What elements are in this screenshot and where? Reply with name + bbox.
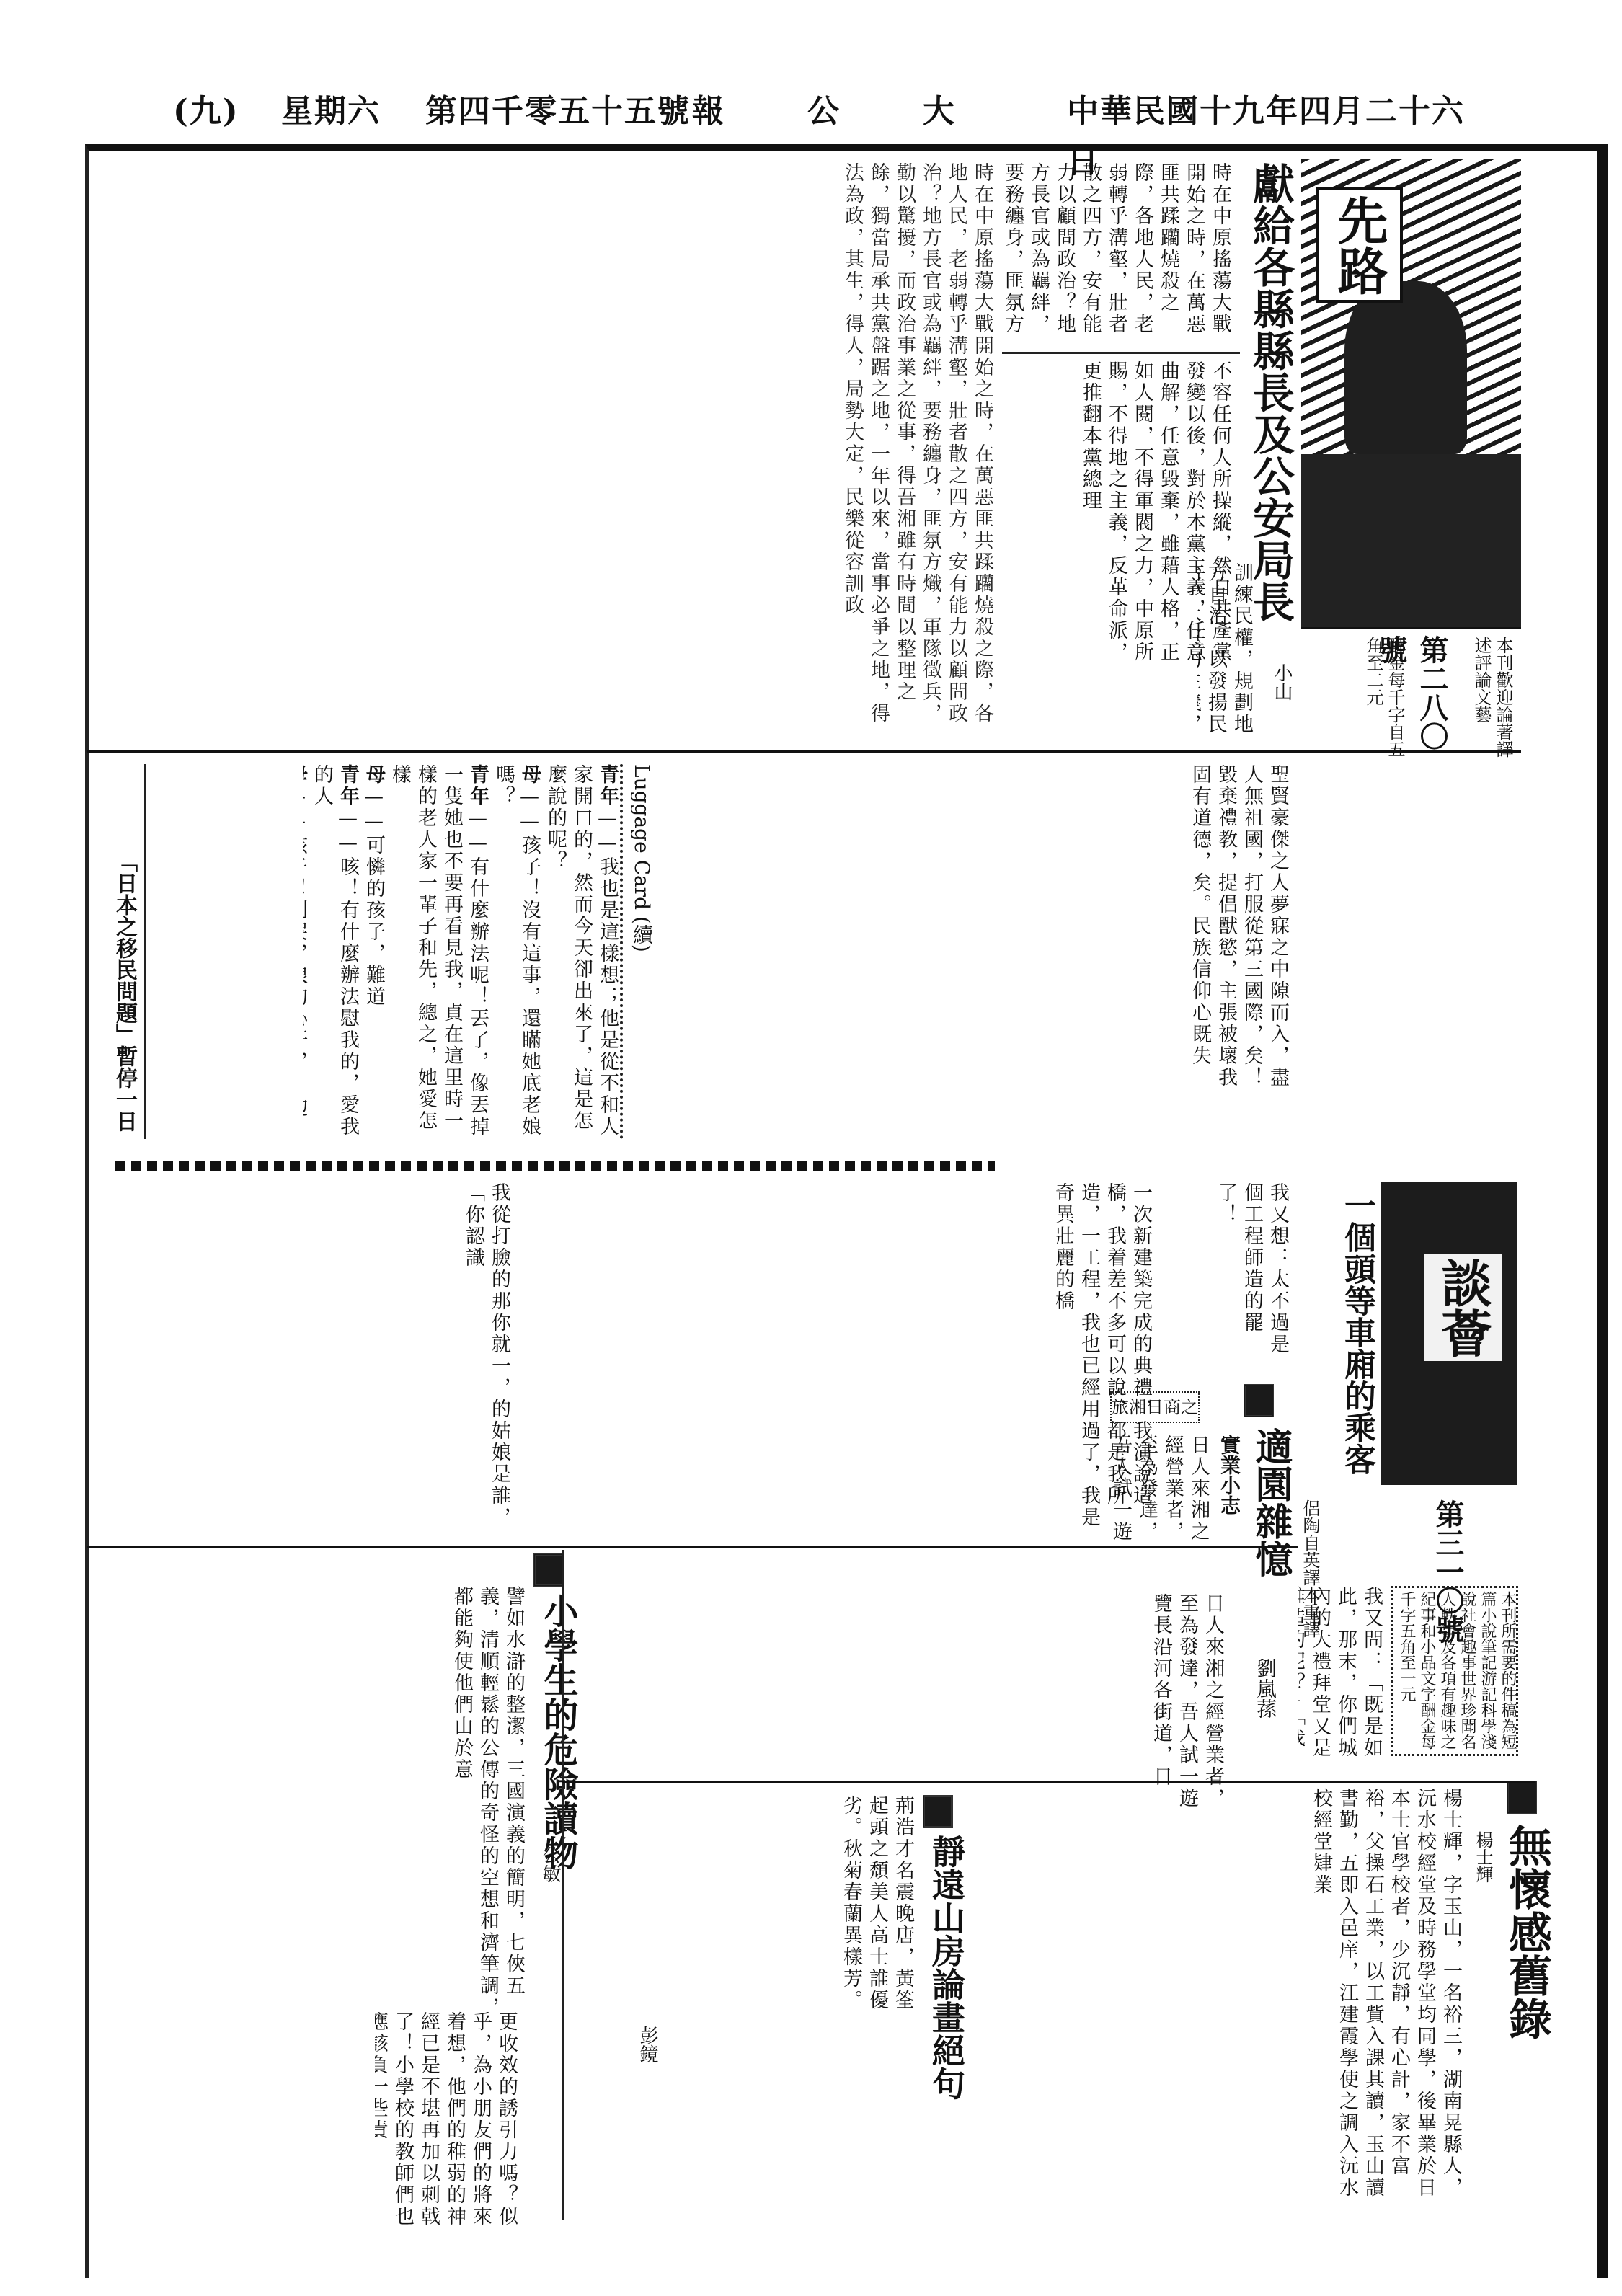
tanhui-illustration: 談薈 <box>1381 1182 1517 1485</box>
jingyuan-body: 荊浩才名震晚唐，黃筌起頭之頹美人高士誰優劣。秋菊春蘭異樣芳。 <box>779 1795 916 2011</box>
shiyuan-headline: 適園雜憶 <box>1244 1427 1298 1577</box>
bridge-article-body: 一次新建築完成的典禮，我演說這橋，我着差不多可以說，都是我所造，一工程，我也已經… <box>519 1182 1153 1528</box>
shiyuan-body: 日人來湘之經營業者，至為發達，吾人試一遊覽長沿河各街道，日 <box>728 1593 1226 1809</box>
play-title: Luggage Card (續) <box>627 764 656 952</box>
xianlu-info-box: 本刊歡迎論著譯述評論文藝 第二八〇號 酬金每千字自五角至二元 <box>1301 627 1521 766</box>
issue-number: 第四千零五十五號 <box>425 87 691 137</box>
section-mark-icon <box>533 1553 564 1587</box>
school-article-body: 譬如水滸的整潔，三國演義的簡明，七俠五義，清順輕鬆的公傳的奇怪的空想和濟筆調，都… <box>332 1586 526 2033</box>
school-article-author: 公敏 <box>537 1845 564 1883</box>
shiyuan-author: 劉嵐蓀 <box>1251 1658 1280 1719</box>
dialogue-line: 青年——有什麼辦法呢！丟了，像丟掉一隻她也不要再看見我，貞在這里時一樣的老人家一… <box>386 764 490 1139</box>
submission-notice: 本刊歡迎論著譯述評論文藝 <box>1471 637 1514 759</box>
tanhui-notice: 本刊所需要的件稿為短篇小說筆記游記科學淺說社會趣事世界珍聞名人軼事及各項有趣味之… <box>1393 1588 1520 1752</box>
dialogue-line: 母——可憐的孩子，難道 <box>360 764 386 1139</box>
dialogue-line: 青年——我也是這樣想；他是從不和人家開口的，然而今天卻出來了，這是怎麼說的呢？ <box>542 764 620 1139</box>
section-divider <box>562 1781 1535 1783</box>
shiyuan-box-title: 旅湘日商之 <box>1110 1391 1200 1423</box>
masthead: (九) 星期六 第四千零五十五號 報 公 大 中華民國十九年四月二十六日 <box>173 87 1471 137</box>
continued-mark: (續) <box>630 916 654 952</box>
jingyuan-author: 彭鏡 <box>634 2026 661 2063</box>
weekday: 星期六 <box>281 87 381 137</box>
section-divider <box>87 750 1521 753</box>
section-mark-icon <box>1244 1384 1274 1417</box>
suspension-notice: 「日本之移民問題」暫停一日 <box>108 851 140 1132</box>
tanhui-notice-box: 本刊所需要的件稿為短篇小說筆記游記科學淺說社會趣事世界珍聞名人軼事及各項有趣味之… <box>1391 1586 1518 1756</box>
school-article-headline: 小學生的危險讀物 <box>533 1593 583 1870</box>
divider <box>144 764 146 1139</box>
page-number: (九) <box>173 87 239 137</box>
lead-article-third: 訓練民權，規劃地方自治，以發揚民治，本黨的主義，黨的政策，無不以為人民謀 <box>1197 562 1254 750</box>
play-dialogue: 青年——我也是這樣想；他是從不和人家開口的，然而今天卻出來了，這是怎麼說的呢？ … <box>303 764 620 1139</box>
wuhuai-headline: 無懷感舊錄 <box>1496 1824 1558 2040</box>
section-mark-icon <box>1507 1781 1537 1814</box>
dialogue-line: 母——孩子！別哭，娘的心肝，(抱着她)你就是睡了，你去睡了罷。 <box>303 764 309 1139</box>
dotted-divider <box>620 764 623 1139</box>
tanhui-title-art: 談薈 <box>1424 1254 1502 1361</box>
passenger-dialogue: 我又問：「既是如此，那末，你們城內的大禮拜堂又是誰造的呢？」「我確實說不出。」 <box>1298 1586 1384 1759</box>
reader-story-body: 我從打臉的那你就一，的姑娘是誰，「你認識 <box>108 1182 512 1543</box>
school-article-closing: 更收效的誘引力嗎？似乎，為小朋友們的將來着想，他們的稚弱的神經已是不堪再加以刺戟… <box>375 2011 519 2228</box>
payment-notice: 酬金每千字自五角至二元 <box>1362 637 1406 759</box>
lead-author: 小山 <box>1269 663 1295 701</box>
section-mark-icon <box>923 1795 953 1828</box>
dialogue-line: 青年——咳！有什麼辦法慰我的，愛我的人 <box>309 764 360 1139</box>
damaged-area <box>793 901 1067 1189</box>
lead-article-opening: 時在中原搖蕩大戰開始之時，在萬惡匪共蹂躪燒殺之際，各地人民，老弱轉乎溝壑，壯者散… <box>1002 162 1233 350</box>
divider <box>562 1550 564 2220</box>
paper-name-1: 報 <box>692 87 725 137</box>
paper-name-2: 公 <box>807 87 841 137</box>
wuhuai-author: 楊士輝 <box>1471 1831 1496 1883</box>
diamond-divider <box>115 1161 995 1171</box>
passenger-headline: 一個頭等車廂的乘客 <box>1334 1189 1380 1475</box>
paper-name-3: 大 <box>923 87 956 137</box>
section-divider <box>87 1546 1298 1548</box>
shiyuan-intro: 日人來湘之經營業者，至為發達，吾人試一遊覽長沿河各街道，日 <box>1110 1435 1211 1543</box>
play-title-english: Luggage Card <box>630 764 654 910</box>
xianlu-illustration-lower <box>1301 454 1521 627</box>
divider <box>1002 352 1240 354</box>
dialogue-line: 母——孩子！沒有這事，還瞞她底老娘嗎？ <box>490 764 542 1139</box>
passenger-excerpt: 我又想：太不過是個工程師造的罷了！ <box>1168 1182 1290 1370</box>
lead-article-continuation: 時在中原搖蕩大戰開始之時，在萬惡匪共蹂躪燒殺之際，各地人民，老弱轉乎溝壑，壯者散… <box>87 162 995 739</box>
xianlu-title-art: 先路 <box>1316 187 1403 303</box>
shiyuan-subsection: 實業小志 <box>1215 1435 1244 1515</box>
horseman-figure-icon <box>1344 281 1467 454</box>
wuhuai-body: 楊士輝，字玉山，一名裕三，湖南晃縣人，沅水校經堂及時務學堂均同學，後畢業於日本士… <box>959 1788 1463 2206</box>
